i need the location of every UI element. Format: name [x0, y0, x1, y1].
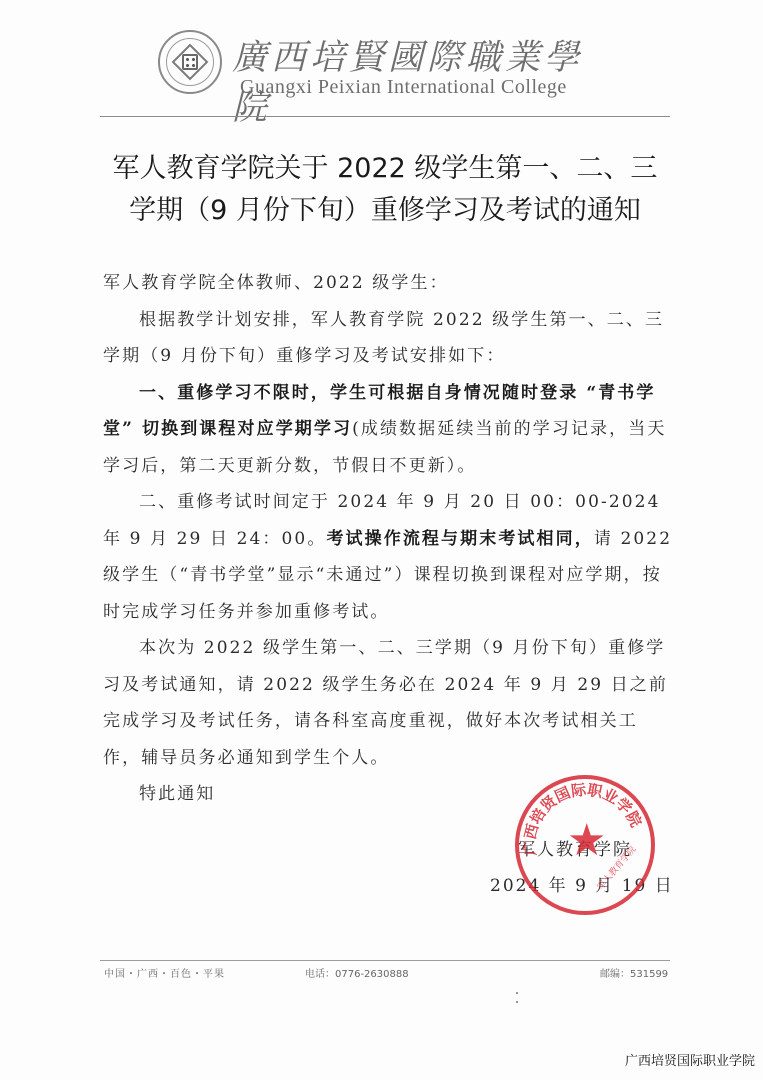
sign-off: 特此通知 — [103, 776, 673, 813]
letterhead: 廣西培賢國際職業學院 Guangxi Peixian International… — [150, 28, 620, 108]
title-line-2: 学期（9 月份下旬）重修学习及考试的通知 — [90, 190, 680, 232]
college-name-english: Guangxi Peixian International College — [240, 76, 567, 99]
title-line-1: 军人教育学院关于 2022 级学生第一、二、三 — [90, 148, 680, 190]
footer-divider — [100, 960, 670, 961]
item-2-paragraph: 二、重修考试时间定于 2024 年 9 月 20 日 00：00-2024 年 … — [103, 484, 673, 630]
footer-phone: 电话：0776-2630888 — [305, 965, 409, 980]
item-2-emphasis: 考试操作流程与期末考试相同， — [326, 529, 593, 549]
document-title: 军人教育学院关于 2022 级学生第一、二、三 学期（9 月份下旬）重修学习及考… — [90, 148, 680, 232]
college-seal-logo-icon — [158, 30, 222, 94]
intro-paragraph: 根据教学计划安排，军人教育学院 2022 级学生第一、二、三学期（9 月份下旬）… — [103, 302, 673, 375]
closing-paragraph: 本次为 2022 级学生第一、二、三学期（9 月份下旬）重修学习及考试通知，请 … — [103, 630, 673, 776]
item-1-paragraph: 一、重修学习不限时，学生可根据自身情况随时登录 “青书学堂” 切换到课程对应学期… — [103, 375, 673, 485]
scan-speck — [516, 992, 518, 994]
footer-address: 中国・广西・百色・平果 — [104, 965, 225, 980]
scan-speck — [104, 578, 106, 580]
scan-speck — [516, 1001, 518, 1003]
signing-organization: 军人教育学院 — [518, 832, 632, 868]
document-body: 军人教育学院全体教师、2022 级学生： 根据教学计划安排，军人教育学院 202… — [103, 265, 673, 813]
letterhead-divider — [100, 116, 670, 117]
watermark-label: 广西培贤国际职业学院 — [625, 1050, 755, 1069]
signing-date: 2024 年 9 月 19 日 — [490, 868, 674, 904]
footer-postcode: 邮编：531599 — [600, 965, 668, 980]
document-page: 廣西培賢國際職業學院 Guangxi Peixian International… — [0, 0, 763, 1080]
salutation: 军人教育学院全体教师、2022 级学生： — [103, 265, 673, 302]
